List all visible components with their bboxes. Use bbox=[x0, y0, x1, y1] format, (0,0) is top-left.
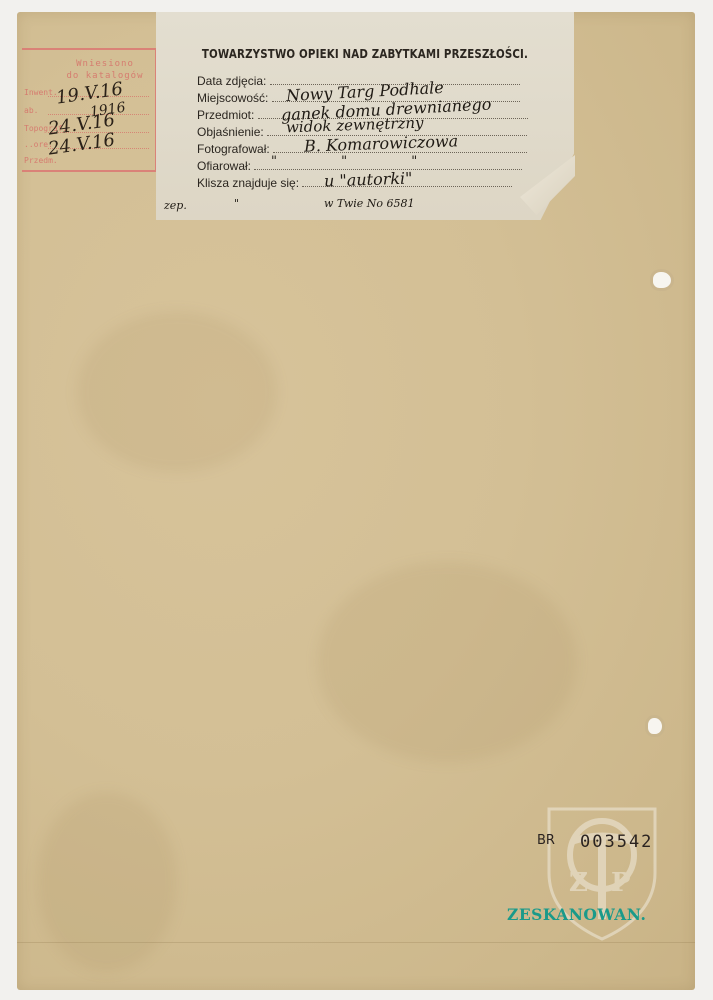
handwritten-footnote-left: zep. bbox=[164, 199, 187, 212]
svg-text:Z: Z bbox=[569, 868, 588, 898]
scanned-stamp: ZESKANOWAN. bbox=[507, 905, 646, 924]
society-title: TOWARZYSTWO OPIEKI NAD ZABYTKAMI PRZESZŁ… bbox=[194, 46, 537, 61]
punch-hole bbox=[648, 718, 662, 734]
paper-stain bbox=[317, 562, 577, 762]
handwritten-negative: u "autorki" bbox=[324, 168, 413, 190]
archive-number: 003542 bbox=[580, 832, 653, 852]
svg-text:P: P bbox=[611, 868, 631, 898]
handwritten-plate-number: w Twie No 6581 bbox=[324, 197, 415, 210]
archive-prefix: BR bbox=[537, 833, 555, 848]
paper-stain bbox=[77, 312, 277, 472]
handwritten-ditto: " bbox=[234, 197, 239, 210]
stamp-row: ab. bbox=[24, 106, 38, 115]
handwritten-donor: " " " bbox=[271, 154, 447, 169]
stamp-header: Wniesiono do katalogów bbox=[60, 58, 150, 82]
photo-label-card: TOWARZYSTWO OPIEKI NAD ZABYTKAMI PRZESZŁ… bbox=[156, 12, 574, 220]
punch-hole bbox=[653, 272, 671, 288]
paper-stain bbox=[37, 792, 177, 972]
